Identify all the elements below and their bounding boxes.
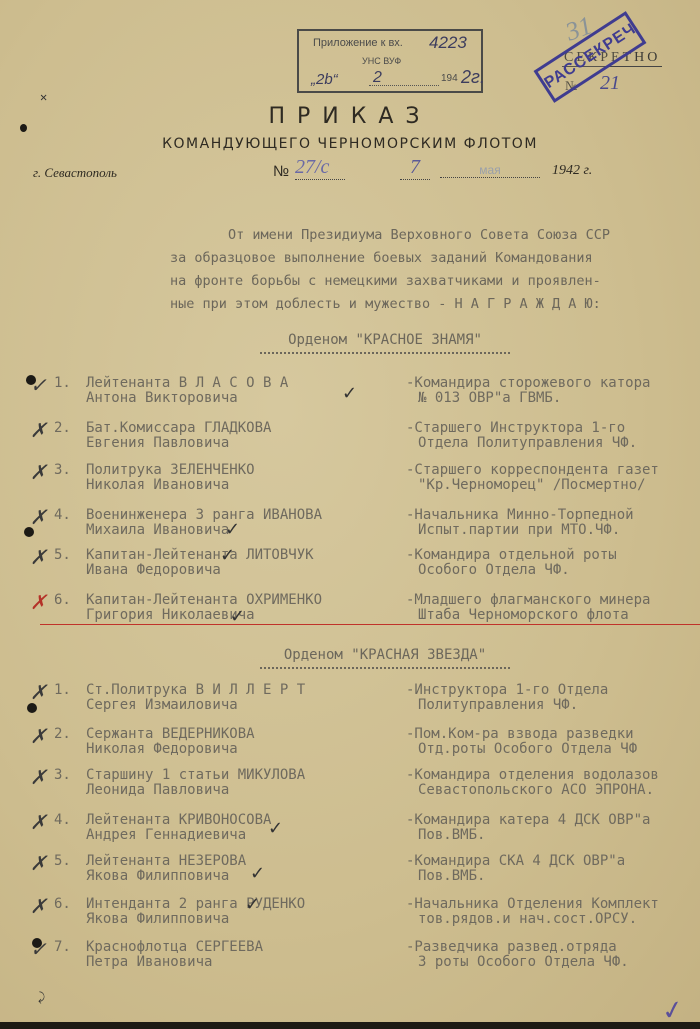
received-stamp: Приложение к вх. 4223 УНС ВУФ „2b“ 2 194… xyxy=(297,29,483,93)
check-mark-icon: ✓ xyxy=(225,519,240,540)
entry-number: 7. xyxy=(54,939,71,955)
check-mark-icon: ✓ xyxy=(268,818,283,839)
check-mark-icon: ✓ xyxy=(250,863,265,884)
award-entry: ✗2.Сержанта ВЕДЕРНИКОВАНиколая Федорович… xyxy=(0,724,700,764)
order-date-day: 7 xyxy=(400,156,430,180)
entry-position: -Командира отдельной роты xyxy=(406,547,617,563)
received-stamp-org: УНС ВУФ xyxy=(362,56,401,66)
entry-unit: Особого Отдела ЧФ. xyxy=(418,562,570,578)
entry-number: 2. xyxy=(54,420,71,436)
entry-number: 4. xyxy=(54,812,71,828)
entry-number: 3. xyxy=(54,767,71,783)
received-stamp-day: „2b“ xyxy=(311,71,338,88)
award-entry: ✗3.Политрука ЗЕЛЕНЧЕНКОНиколая Ивановича… xyxy=(0,460,700,500)
section-heading-text: Орденом "КРАСНОЕ ЗНАМЯ" xyxy=(288,332,482,348)
received-stamp-number: 4223 xyxy=(429,33,467,53)
entry-number: 6. xyxy=(54,592,71,608)
ink-blot xyxy=(26,375,36,385)
pen-check-icon: ✗ xyxy=(30,894,47,919)
entry-unit: тов.рядов.и нач.сост.ОРСУ. xyxy=(418,911,637,927)
award-entry: ✗6.Интенданта 2 ранга РУДЕНКОЯкова Филип… xyxy=(0,894,700,934)
secrecy-number: 21 xyxy=(600,72,620,95)
entry-rank-surname: Краснофлотца СЕРГЕЕВА xyxy=(86,939,263,955)
section-heading-red-star: Орденом "КРАСНАЯ ЗВЕЗДА" xyxy=(250,647,520,669)
section-heading-rule xyxy=(260,352,510,354)
ink-blot xyxy=(27,703,37,713)
entry-number: 4. xyxy=(54,507,71,523)
entry-position: -Командира отделения водолазов xyxy=(406,767,659,783)
received-stamp-dotted-line xyxy=(369,85,439,86)
entry-rank-surname: Лейтенанта В Л А С О В А xyxy=(86,375,288,391)
award-entry: ✓7.Краснофлотца СЕРГЕЕВАПетра Ивановича-… xyxy=(0,937,700,977)
entry-position: -Старшего корреспондента газет xyxy=(406,462,659,478)
entry-given-names: Ивана Федоровича xyxy=(86,562,221,578)
entry-given-names: Антона Викторовича xyxy=(86,390,238,406)
entry-rank-surname: Военинженера 3 ранга ИВАНОВА xyxy=(86,507,322,523)
entry-unit: Испыт.партии при МТО.ЧФ. xyxy=(418,522,620,538)
entry-rank-surname: Политрука ЗЕЛЕНЧЕНКО xyxy=(86,462,255,478)
preamble-line: на фронте борьбы с немецкими захватчикам… xyxy=(170,270,690,293)
award-entry: ✓1.Лейтенанта В Л А С О В ААнтона Виктор… xyxy=(0,373,700,413)
entry-given-names: Петра Ивановича xyxy=(86,954,212,970)
entry-rank-surname: Интенданта 2 ранга РУДЕНКО xyxy=(86,896,305,912)
entry-given-names: Андрея Геннадиевича xyxy=(86,827,246,843)
order-date-month: мая xyxy=(440,163,540,178)
entry-unit: Севастопольского АСО ЭПРОНА. xyxy=(418,782,654,798)
entry-rank-surname: Капитан-Лейтенанта ОХРИМЕНКО xyxy=(86,592,322,608)
entry-unit: Отдела Политуправления ЧФ. xyxy=(418,435,637,451)
entry-rank-surname: Лейтенанта КРИВОНОСОВА xyxy=(86,812,271,828)
check-mark-icon: ✓ xyxy=(342,383,357,404)
received-stamp-year-prefix: 194 xyxy=(441,73,458,84)
received-stamp-year-suffix: 2г. xyxy=(461,67,485,88)
entry-position: -Младшего флагманского минера xyxy=(406,592,650,608)
city: г. Севастополь xyxy=(33,165,117,181)
pen-check-icon: ✗ xyxy=(30,680,47,705)
entry-number: 3. xyxy=(54,462,71,478)
entry-given-names: Якова Филипповича xyxy=(86,868,229,884)
award-entry: ✗1.Ст.Политрука В И Л Л Е Р ТСергея Изма… xyxy=(0,680,700,720)
pen-check-icon: ✗ xyxy=(30,505,47,530)
ink-blot xyxy=(24,527,34,537)
order-number: 27/с xyxy=(295,156,345,180)
award-entry: ✗3.Старшину 1 статьи МИКУЛОВАЛеонида Пав… xyxy=(0,765,700,805)
entry-given-names: Николая Ивановича xyxy=(86,477,229,493)
entry-unit: Штаба Черноморского флота xyxy=(418,607,629,623)
pen-check-icon: ✗ xyxy=(30,460,47,485)
entry-position: -Пом.Ком-ра взвода разведки xyxy=(406,726,634,742)
entry-unit: Пов.ВМБ. xyxy=(418,827,485,843)
entry-given-names: Сергея Измаиловича xyxy=(86,697,238,713)
entry-rank-surname: Ст.Политрука В И Л Л Е Р Т xyxy=(86,682,305,698)
document-title: ПРИКАЗ xyxy=(0,104,700,129)
entry-rank-surname: Сержанта ВЕДЕРНИКОВА xyxy=(86,726,255,742)
entry-number: 5. xyxy=(54,853,71,869)
section-heading-text: Орденом "КРАСНАЯ ЗВЕЗДА" xyxy=(284,647,486,663)
pen-check-icon: ✗ xyxy=(30,590,47,615)
award-entry: ✗4.Лейтенанта КРИВОНОСОВААндрея Геннадие… xyxy=(0,810,700,850)
preamble-line: От имени Президиума Верховного Совета Со… xyxy=(170,224,690,247)
pencil-mark: ✕ xyxy=(40,90,47,104)
entry-given-names: Леонида Павловича xyxy=(86,782,229,798)
award-entry: ✗5.Лейтенанта НЕЗЕРОВАЯкова Филипповича-… xyxy=(0,851,700,891)
preamble-line: за образцовое выполнение боевых заданий … xyxy=(170,247,690,270)
check-mark-icon: ✓ xyxy=(220,545,235,566)
pencil-mark: ⤸ xyxy=(38,990,45,1005)
award-entry: ✗2.Бат.Комиссара ГЛАДКОВАЕвгения Павлови… xyxy=(0,418,700,458)
entry-position: -Командира катера 4 ДСК ОВР"а xyxy=(406,812,650,828)
pen-check-icon: ✗ xyxy=(30,810,47,835)
award-entry: ✗5.Капитан-Лейтенанта ЛИТОВЧУКИвана Федо… xyxy=(0,545,700,585)
ink-blot xyxy=(20,124,27,132)
entry-unit: "Кр.Черноморец" /Посмертно/ xyxy=(418,477,646,493)
entry-rank-surname: Старшину 1 статьи МИКУЛОВА xyxy=(86,767,305,783)
entry-rank-surname: Лейтенанта НЕЗЕРОВА xyxy=(86,853,246,869)
preamble: От имени Президиума Верховного Совета Со… xyxy=(170,224,690,316)
entry-given-names: Евгения Павловича xyxy=(86,435,229,451)
entry-given-names: Якова Филипповича xyxy=(86,911,229,927)
preamble-line: ные при этом доблесть и мужество - Н А Г… xyxy=(170,293,690,316)
check-mark-icon: ✓ xyxy=(245,894,260,915)
scan-edge xyxy=(0,1022,700,1029)
entry-unit: Политуправления ЧФ. xyxy=(418,697,578,713)
pen-check-icon: ✗ xyxy=(30,724,47,749)
section-heading-red-banner: Орденом "КРАСНОЕ ЗНАМЯ" xyxy=(250,332,520,354)
pen-check-icon: ✗ xyxy=(30,418,47,443)
order-number-label: № xyxy=(273,163,289,180)
entry-unit: Отд.роты Особого Отдела ЧФ xyxy=(418,741,637,757)
entry-given-names: Михаила Ивановича xyxy=(86,522,229,538)
entry-unit: 3 роты Особого Отдела ЧФ. xyxy=(418,954,629,970)
pen-check-icon: ✗ xyxy=(30,851,47,876)
red-underline xyxy=(40,624,700,625)
entry-unit: № 013 ОВР"а ГВМБ. xyxy=(418,390,561,406)
entry-position: -Командира СКА 4 ДСК ОВР"а xyxy=(406,853,625,869)
entry-rank-surname: Бат.Комиссара ГЛАДКОВА xyxy=(86,420,271,436)
order-date-year: 1942 г. xyxy=(552,163,592,179)
entry-position: -Командира сторожевого катора xyxy=(406,375,650,391)
entry-number: 6. xyxy=(54,896,71,912)
entry-position: -Инструктора 1-го Отдела xyxy=(406,682,608,698)
pen-check-icon: ✗ xyxy=(30,545,47,570)
entry-position: -Начальника Минно-Торпедной xyxy=(406,507,634,523)
entry-number: 1. xyxy=(54,682,71,698)
entry-position: -Разведчика развед.отряда xyxy=(406,939,617,955)
award-entry: ✗4.Военинженера 3 ранга ИВАНОВАМихаила И… xyxy=(0,505,700,545)
entry-position: -Начальника Отделения Комплект xyxy=(406,896,659,912)
entry-number: 5. xyxy=(54,547,71,563)
received-stamp-label: Приложение к вх. xyxy=(313,37,403,49)
document-subtitle: КОМАНДУЮЩЕГО ЧЕРНОМОРСКИМ ФЛОТОМ xyxy=(0,136,700,152)
entry-number: 1. xyxy=(54,375,71,391)
ink-blot xyxy=(32,938,42,948)
entry-unit: Пов.ВМБ. xyxy=(418,868,485,884)
entry-rank-surname: Капитан-Лейтенанта ЛИТОВЧУК xyxy=(86,547,314,563)
section-heading-rule xyxy=(260,667,510,669)
entry-position: -Старшего Инструктора 1-го xyxy=(406,420,625,436)
pen-check-icon: ✗ xyxy=(30,765,47,790)
entry-given-names: Николая Федоровича xyxy=(86,741,238,757)
entry-number: 2. xyxy=(54,726,71,742)
